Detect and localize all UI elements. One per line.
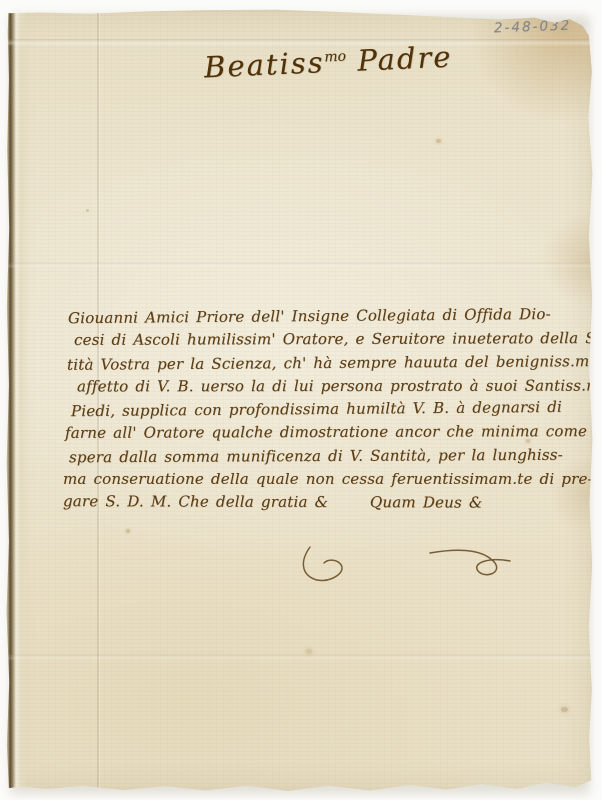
horizontal-crease [6, 262, 593, 269]
manuscript-line: spera dalla somma munificenza di V. Sant… [69, 443, 570, 469]
manuscript-line: farne all' Oratore qualche dimostratione… [65, 421, 570, 446]
manuscript-line: cesi di Ascoli humilissim' Oratore, e Se… [74, 327, 570, 352]
salutation-word: Beatiss [203, 45, 325, 84]
scan-background: 2-48-032 Beatissmo Padre Giouanni Amici … [0, 0, 602, 800]
paper-stain [436, 139, 441, 143]
manuscript-line: tità Vostra per la Scienza, ch' hà sempr… [67, 350, 570, 377]
horizontal-crease [6, 39, 593, 46]
manuscript-line: ma conseruatione della quale non cessa f… [63, 468, 570, 491]
manuscript-line: affetto di V. B. uerso la di lui persona… [77, 374, 570, 398]
manuscript-line: gare S. D. M. Che della gratia & Quam De… [63, 490, 570, 515]
paper-stain [126, 529, 130, 533]
paper-stain [86, 209, 89, 212]
salutation-heading: Beatissmo Padre [203, 40, 453, 85]
letter-body: Giouanni Amici Priore dell' Insigne Coll… [58, 305, 570, 515]
horizontal-crease [6, 654, 593, 661]
paper-sheet: 2-48-032 Beatissmo Padre Giouanni Amici … [6, 9, 593, 792]
paper-stain [561, 707, 568, 712]
salutation-superscript: mo [324, 49, 346, 66]
ink-flourish [280, 545, 530, 590]
left-fold-crease [6, 9, 28, 792]
salutation-word: Padre [345, 40, 453, 79]
manuscript-line: Giouanni Amici Priore dell' Insigne Coll… [68, 303, 570, 331]
